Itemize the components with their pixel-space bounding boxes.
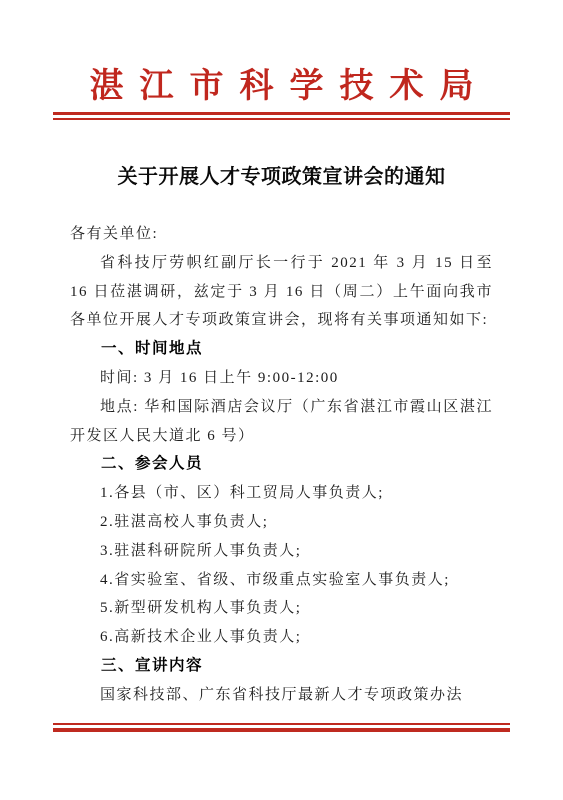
section1-location-line: 地点: 华和国际酒店会议厅（广东省湛江市霞山区湛江开发区人民大道北 6 号）	[70, 393, 493, 451]
salutation: 各有关单位:	[70, 220, 493, 249]
letterhead-double-rule	[53, 112, 510, 120]
rule-thick	[53, 728, 510, 732]
rule-thin	[53, 723, 510, 725]
intro-paragraph: 省科技厅劳帜红副厅长一行于 2021 年 3 月 15 日至 16 日莅湛调研，…	[70, 249, 493, 335]
attendee-item-6: 6.高新技术企业人事负责人;	[70, 623, 493, 652]
section3-content-line: 国家科技部、广东省科技厅最新人才专项政策办法	[70, 681, 493, 710]
attendee-item-5: 5.新型研发机构人事负责人;	[70, 594, 493, 623]
section3-heading: 三、宣讲内容	[70, 652, 493, 681]
document-body: 各有关单位: 省科技厅劳帜红副厅长一行于 2021 年 3 月 15 日至 16…	[70, 220, 493, 710]
section2-heading: 二、参会人员	[70, 450, 493, 479]
attendee-item-4: 4.省实验室、省级、市级重点实验室人事负责人;	[70, 566, 493, 595]
official-notice-document: 湛江市科学技术局 关于开展人才专项政策宣讲会的通知 各有关单位: 省科技厅劳帜红…	[0, 0, 563, 800]
section1-time-line: 时间: 3 月 16 日上午 9:00-12:00	[70, 364, 493, 393]
footer-double-rule	[53, 723, 510, 732]
rule-thin	[53, 118, 510, 120]
document-title: 关于开展人才专项政策宣讲会的通知	[0, 162, 563, 192]
letterhead-org-name: 湛江市科学技术局	[0, 0, 563, 108]
rule-thick	[53, 112, 510, 115]
section1-heading: 一、时间地点	[70, 335, 493, 364]
attendee-item-1: 1.各县（市、区）科工贸局人事负责人;	[70, 479, 493, 508]
attendee-item-3: 3.驻湛科研院所人事负责人;	[70, 537, 493, 566]
attendee-item-2: 2.驻湛高校人事负责人;	[70, 508, 493, 537]
